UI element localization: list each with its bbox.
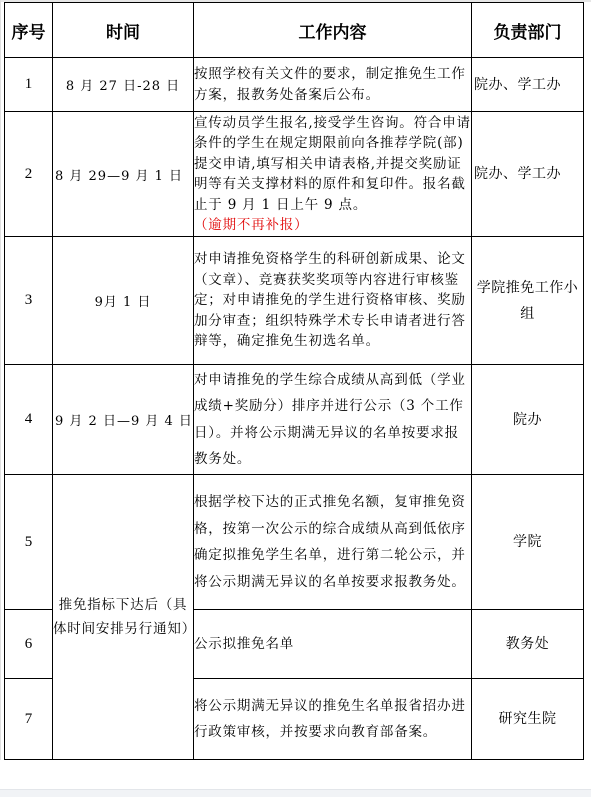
row-serial: 6 xyxy=(5,610,53,679)
table-header-row: 序号 时间 工作内容 负责部门 xyxy=(5,3,584,58)
header-serial: 序号 xyxy=(5,3,53,58)
row-time: 9月 1 日 xyxy=(53,237,194,365)
row-department: 研究生院 xyxy=(472,679,584,760)
row-content: 公示拟推免名单 xyxy=(194,610,472,679)
row-department: 教务处 xyxy=(472,610,584,679)
table-row: 3 9月 1 日 对申请推免资格学生的科研创新成果、论文（文章）、竞赛获奖奖项等… xyxy=(5,237,584,365)
header-content: 工作内容 xyxy=(194,3,472,58)
row-content: 宣传动员学生报名,接受学生咨询。符合申请条件的学生在规定期限前向各推荐学院(部)… xyxy=(194,112,472,237)
merged-time-cell: 推免指标下达后（具体时间安排另行通知） xyxy=(53,475,194,760)
table-row: 4 9 月 2 日—9 月 4 日 对申请推免的学生综合成绩从高到低（学业成绩+… xyxy=(5,365,584,475)
recommendation-schedule-table: 序号 时间 工作内容 负责部门 1 8 月 27 日-28 日 按照学校有关文件… xyxy=(4,2,584,760)
row-content: 对申请推免的学生综合成绩从高到低（学业成绩+奖励分）排序并进行公示（3 个工作日… xyxy=(194,365,472,475)
row-serial: 1 xyxy=(5,58,53,112)
viewer-bottom-bar xyxy=(0,789,591,797)
row-time: 8 月 27 日-28 日 xyxy=(53,58,194,112)
row-serial: 2 xyxy=(5,112,53,237)
row-serial: 3 xyxy=(5,237,53,365)
table-row: 1 8 月 27 日-28 日 按照学校有关文件的要求，制定推免生工作方案，报教… xyxy=(5,58,584,112)
table-row: 5 推免指标下达后（具体时间安排另行通知） 根据学校下达的正式推免名额，复审推免… xyxy=(5,475,584,610)
deadline-note: （逾期不再补报） xyxy=(194,217,308,233)
row-serial: 4 xyxy=(5,365,53,475)
row-department: 学院推免工作小组 xyxy=(472,237,584,365)
row-serial: 5 xyxy=(5,475,53,610)
header-department: 负责部门 xyxy=(472,3,584,58)
row-department: 院办、学工办 xyxy=(472,112,584,237)
header-time: 时间 xyxy=(53,3,194,58)
row-content-text: 宣传动员学生报名,接受学生咨询。符合申请条件的学生在规定期限前向各推荐学院(部)… xyxy=(194,115,471,213)
row-content: 按照学校有关文件的要求，制定推免生工作方案，报教务处备案后公布。 xyxy=(194,58,472,112)
row-department: 学院 xyxy=(472,475,584,610)
row-content: 将公示期满无异议的推免生名单报省招办进行政策审核，并按要求向教育部备案。 xyxy=(194,679,472,760)
row-time: 9 月 2 日—9 月 4 日 xyxy=(53,365,194,475)
row-time: 8 月 29—9 月 1 日 xyxy=(53,112,194,237)
row-content: 根据学校下达的正式推免名额，复审推免资格，按第一次公示的综合成绩从高到低依序确定… xyxy=(194,475,472,610)
row-department: 院办 xyxy=(472,365,584,475)
row-serial: 7 xyxy=(5,679,53,760)
table-row: 2 8 月 29—9 月 1 日 宣传动员学生报名,接受学生咨询。符合申请条件的… xyxy=(5,112,584,237)
row-department: 院办、学工办 xyxy=(472,58,584,112)
window-left-edge xyxy=(0,0,1,760)
row-content: 对申请推免资格学生的科研创新成果、论文（文章）、竞赛获奖奖项等内容进行审核鉴定；… xyxy=(194,237,472,365)
